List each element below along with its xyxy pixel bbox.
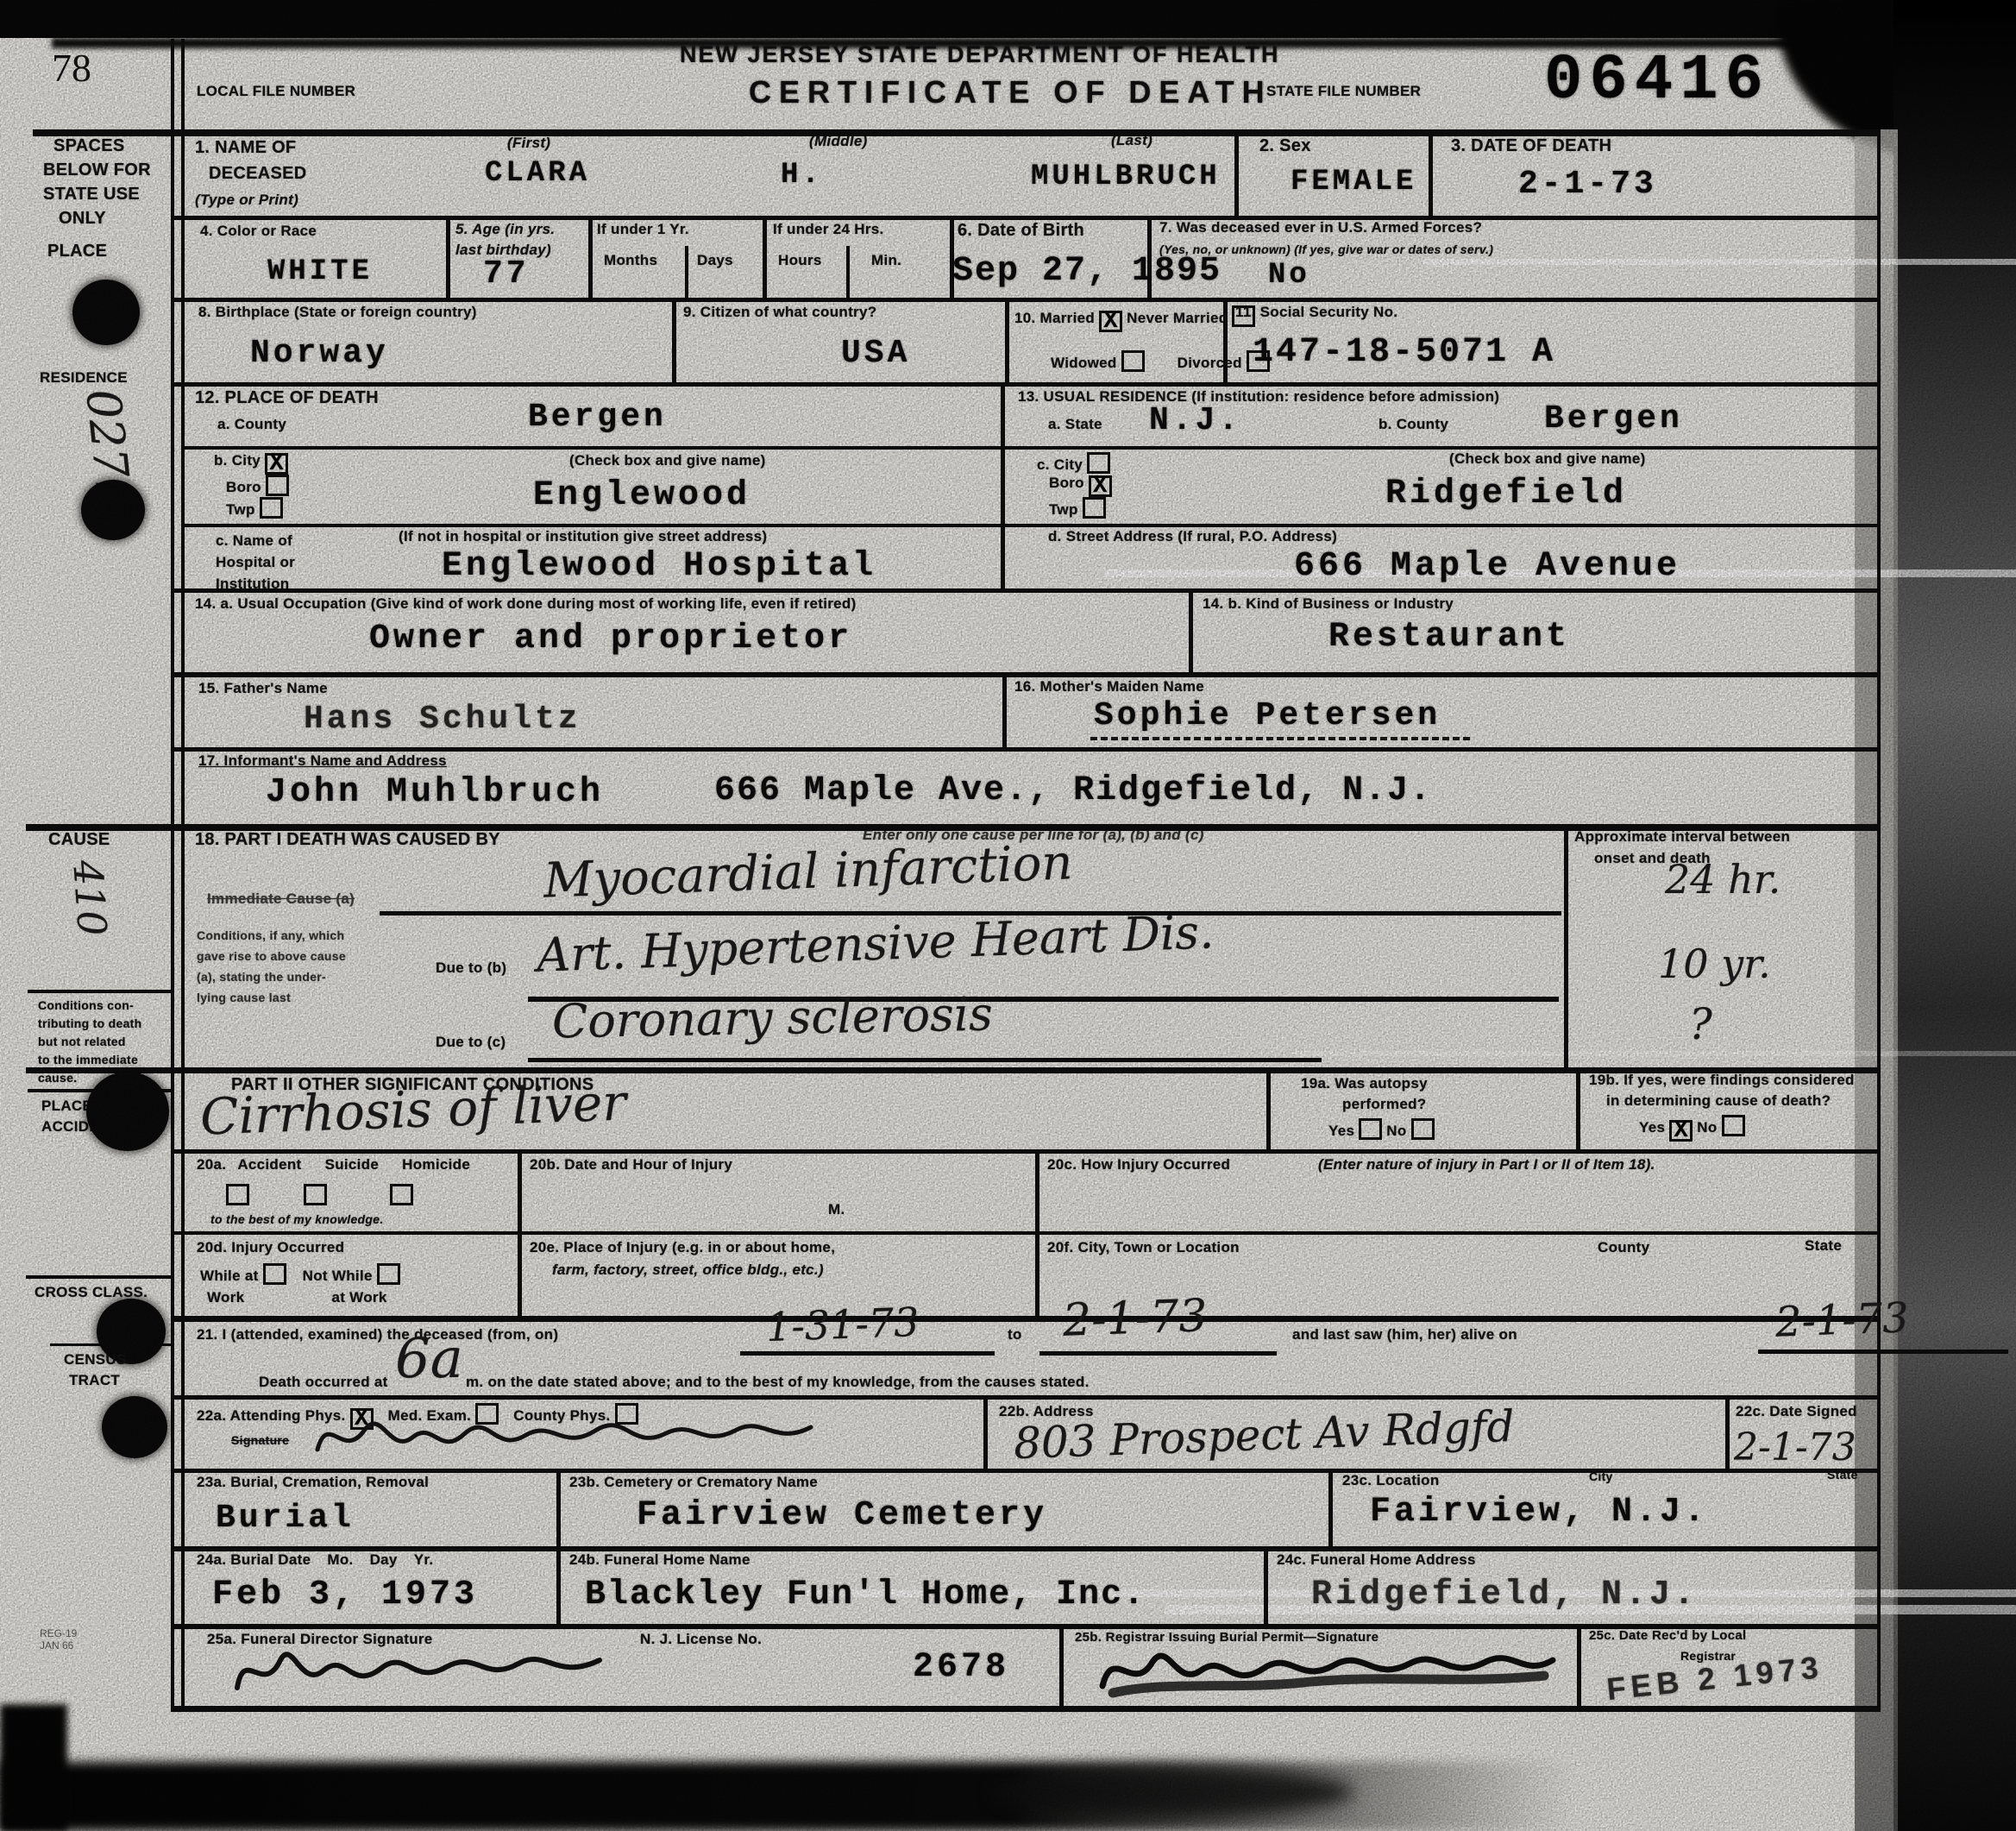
cemetery-value: Fairview Cemetery [637, 1496, 1047, 1535]
checkbox-widowed [1121, 350, 1145, 372]
cell-rule [1576, 1067, 1580, 1149]
injury-city-label: 20f. City, Town or Location [1047, 1239, 1240, 1255]
injury-m-label: M. [828, 1201, 845, 1218]
injury-state-label: State [1805, 1237, 1842, 1254]
checkbox-findings-yes: X [1669, 1120, 1693, 1142]
checkbox-res-city [1087, 452, 1110, 474]
rule [171, 1706, 1881, 1712]
res-state-value: N.J. [1149, 402, 1241, 439]
cell-rule [518, 1149, 522, 1231]
cell-rule [763, 216, 767, 298]
ink-blob [72, 280, 140, 345]
rule [185, 446, 1877, 450]
injury-work-row: Work at Work [207, 1289, 387, 1306]
birthplace-value: Norway [250, 335, 389, 372]
checkbox-married: X [1099, 311, 1122, 332]
manner-labels: 20a. Accident Suicide Homicide [197, 1156, 470, 1173]
res-county-value: Bergen [1544, 400, 1683, 437]
hours-label: Hours [778, 252, 822, 268]
date-of-death-label: 3. DATE OF DEATH [1451, 136, 1611, 155]
funeral-home-value: Blackley Fun'l Home, Inc. [585, 1576, 1146, 1614]
dept-header: NEW JERSEY STATE DEPARTMENT OF HEALTH [680, 41, 1280, 68]
date-received-label-l1: 25c. Date Rec'd by Local [1589, 1629, 1747, 1644]
father-name-value: Hans Schultz [304, 701, 581, 738]
checkbox-pod-city: X [265, 453, 288, 475]
cell-rule [1266, 1067, 1271, 1149]
cell-rule [1059, 1624, 1064, 1706]
autopsy-label-l2: performed? [1342, 1096, 1426, 1112]
margin-rule [181, 39, 185, 1706]
res-state-label: a. State [1048, 416, 1102, 432]
married-label: 10. Married [1014, 310, 1095, 326]
margin-spaces-l4: ONLY [59, 209, 106, 228]
autopsy-answer: Yes No [1328, 1118, 1435, 1140]
date-signed-label: 22c. Date Signed [1736, 1403, 1857, 1419]
checkbox-homicide [390, 1184, 413, 1205]
res-boro-label: Boro X [1049, 475, 1112, 497]
armed-forces-label-l2: (Yes, no, or unknown) (If yes, give war … [1159, 243, 1493, 257]
burial-date-label: 24a. Burial Date Mo. Day Yr. [197, 1551, 433, 1568]
cause-a-interval: 24 hr. [1665, 856, 1780, 903]
days-label: Days [697, 252, 733, 268]
margin-place-label: PLACE [47, 242, 107, 261]
checkbox-pod-twp [260, 497, 283, 519]
checkbox-while-at-work [263, 1263, 286, 1285]
attended-statement: 21. I (attended, examined) the deceased … [197, 1326, 558, 1343]
place-of-death-title: 12. PLACE OF DEATH [195, 388, 379, 407]
death-certificate-scan: 78 SPACES BELOW FOR STATE USE ONLY PLACE… [0, 0, 2016, 1831]
checkbox-res-boro: X [1089, 475, 1112, 497]
scan-edge-right [1894, 0, 2016, 1831]
margin-census-l2: TRACT [69, 1372, 120, 1388]
injury-county-label: County [1598, 1239, 1649, 1255]
license-label: N. J. License No. [640, 1631, 762, 1647]
informant-address-value: 666 Maple Ave., Ridgefield, N.J. [714, 771, 1432, 810]
injury-occurred-label: 20d. Injury Occurred [197, 1239, 344, 1255]
date-of-death-value: 2-1-73 [1518, 166, 1657, 203]
checkbox-findings-no [1722, 1115, 1745, 1136]
widowed-label: Widowed [1051, 355, 1117, 371]
months-label: Months [604, 252, 657, 268]
form-code: REG-19JAN 66 [40, 1627, 77, 1652]
margin-cause-label: CAUSE [48, 830, 110, 849]
margin-spaces-l3: STATE USE [43, 185, 140, 204]
armed-forces-label-l1: 7. Was deceased ever in U.S. Armed Force… [1159, 219, 1482, 236]
cell-rule [446, 216, 450, 298]
findings-answer: Yes X No [1639, 1115, 1745, 1142]
field1-label-l3: (Type or Print) [195, 192, 298, 208]
date-underline [1758, 1350, 2008, 1354]
location-state-label: State [1827, 1469, 1858, 1482]
cell-rule [518, 1231, 522, 1316]
rule [171, 1149, 1881, 1154]
death-hour-handwriting: 6a [395, 1327, 463, 1391]
injury-how-label: 20c. How Injury Occurred [1047, 1156, 1230, 1173]
date-underline [740, 1351, 995, 1356]
state-file-number-value: 06416 [1544, 45, 1770, 117]
rule [171, 747, 1881, 752]
cell-rule [1725, 1395, 1730, 1469]
manner-note: to the best of my knowledge. [210, 1213, 384, 1227]
cause-c-line [528, 1058, 1322, 1062]
first-name-value: CLARA [485, 157, 590, 190]
cause-c-interval: ? [1689, 999, 1712, 1049]
cell-rule [588, 216, 593, 298]
immediate-cause-label: Immediate Cause (a) [207, 890, 355, 907]
scan-edge-bottom [0, 1762, 1639, 1831]
rule [171, 1395, 1881, 1400]
cause-b-handwriting: Art. Hypertensive Heart Dis. [536, 904, 1215, 982]
res-municipality-value: Ridgefield [1385, 475, 1627, 513]
field1-label-l2: DECEASED [209, 164, 307, 183]
due-to-b-label: Due to (b) [436, 960, 506, 976]
cell-rule [1234, 129, 1239, 216]
dashed-underline [1090, 737, 1470, 740]
cell-rule [1035, 1149, 1039, 1231]
checkbox-suicide [304, 1184, 327, 1205]
scan-edge-top [0, 0, 2016, 38]
signature-label: Signature [231, 1434, 289, 1448]
informant-name-value: John Muhlbruch [266, 773, 604, 812]
ssn-value: 147-18-5071 A [1253, 333, 1555, 372]
cause-title: 18. PART I DEATH WAS CAUSED BY [195, 830, 500, 849]
injury-how-note: (Enter nature of injury in Part I or II … [1318, 1156, 1655, 1173]
pod-checkbox-note: (Check box and give name) [569, 452, 766, 469]
cell-rule [1005, 298, 1009, 382]
ink-blob [86, 1072, 169, 1151]
checkbox-accident [226, 1184, 249, 1205]
middle-name-value: H. [781, 159, 823, 192]
findings-label-l2: in determining cause of death? [1606, 1092, 1831, 1109]
armed-forces-value: No [1268, 259, 1310, 292]
race-label: 4. Color or Race [200, 223, 317, 239]
local-file-number-label: LOCAL FILE NUMBER [197, 83, 355, 99]
place-of-injury-l1: 20e. Place of Injury (e.g. in or about h… [530, 1239, 835, 1255]
field1-label-l1: 1. NAME OF [195, 138, 296, 157]
date-of-birth-value: Sep 27, 1895 [952, 252, 1222, 291]
certificate-title: CERTIFICATE OF DEATH [749, 74, 1272, 110]
cause-b-interval: 10 yr. [1658, 941, 1771, 987]
cell-rule [1001, 382, 1005, 588]
autopsy-label-l1: 19a. Was autopsy [1301, 1075, 1428, 1092]
ink-blob [81, 480, 145, 540]
margin-census-l1: CENSUS [64, 1351, 127, 1368]
cell-rule [556, 1469, 561, 1546]
location-label: 23c. Location [1342, 1472, 1440, 1488]
pod-twp-label: Twp [226, 497, 283, 519]
cell-rule [1264, 1546, 1268, 1624]
cell-rule [672, 298, 676, 382]
funeral-director-signature-script [229, 1636, 617, 1701]
never-married-label: Never Married [1127, 310, 1228, 326]
father-name-label: 15. Father's Name [198, 680, 328, 696]
interval-label-l1: Approximate interval between [1574, 828, 1790, 845]
margin-rule [171, 39, 174, 1706]
rule [171, 382, 1881, 387]
res-county-label: b. County [1379, 416, 1448, 432]
rule [171, 298, 1881, 302]
checkbox-autopsy-no [1411, 1118, 1435, 1140]
cell-rule [1577, 1624, 1581, 1706]
marital-row2: Widowed Divorced [1051, 350, 1270, 372]
pod-boro-label: Boro [226, 475, 289, 496]
res-street-label: d. Street Address (If rural, P.O. Addres… [1048, 528, 1337, 544]
cell-rule [685, 246, 688, 298]
cause-a-handwriting: Myocardial infarction [543, 834, 1073, 909]
pod-county-value: Bergen [528, 399, 667, 436]
divorced-label: Divorced [1178, 355, 1242, 371]
rule [171, 216, 1881, 220]
injury-date-label: 20b. Date and Hour of Injury [530, 1156, 732, 1173]
cell-rule [983, 1395, 988, 1469]
margin-rule [26, 1275, 171, 1279]
age-label-l1: 5. Age (in yrs. [455, 221, 555, 237]
scan-streak [1294, 1051, 2016, 1056]
attended-from-date: 1-31-73 [765, 1299, 920, 1350]
date-of-birth-label: 6. Date of Birth [958, 221, 1084, 240]
ink-blob [102, 1396, 167, 1458]
margin-residence-label: RESIDENCE [40, 369, 128, 386]
res-checkbox-note: (Check box and give name) [1449, 450, 1646, 467]
cause-c-handwriting: Coronary sclerosis [551, 987, 993, 1049]
page-corner-number: 78 [52, 45, 91, 91]
scan-smudge-bottom [992, 1767, 1354, 1817]
age-value: 77 [483, 255, 530, 293]
ssn-label: 11. Social Security No. [1235, 304, 1397, 320]
funeral-home-label: 24b. Funeral Home Name [569, 1551, 751, 1568]
date-underline [1039, 1351, 1277, 1356]
rule [33, 129, 1879, 136]
cell-rule [1564, 824, 1568, 1067]
pod-hospital-label: c. Name ofHospital orInstitution [216, 530, 295, 595]
last-alive-date: 2-1-73 [1774, 1293, 1909, 1346]
rule [171, 1316, 1881, 1322]
rule [171, 1469, 1881, 1473]
mother-name-value: Sophie Petersen [1094, 697, 1441, 734]
death-occurred-rest: m. on the date stated above; and to the … [466, 1374, 1090, 1390]
cause-conditions-note: Conditions, if any, whichgave rise to ab… [197, 925, 346, 1008]
cemetery-label: 23b. Cemetery or Crematory Name [569, 1474, 818, 1490]
funeral-home-address-label: 24c. Funeral Home Address [1277, 1551, 1476, 1568]
date-signed-handwriting: 2-1-73 [1734, 1425, 1856, 1469]
sex-label: 2. Sex [1259, 136, 1311, 155]
cell-rule [846, 246, 850, 298]
pod-hospital-note: (If not in hospital or institution give … [399, 528, 767, 544]
first-name-label: (First) [507, 135, 550, 151]
sex-value: FEMALE [1291, 166, 1416, 198]
checkbox-pod-boro [266, 475, 289, 496]
place-of-injury-l2: farm, factory, street, office bldg., etc… [552, 1262, 824, 1278]
under-24hrs-label: If under 24 Hrs. [773, 221, 884, 237]
rule [171, 1231, 1881, 1235]
cell-rule [1328, 1469, 1333, 1546]
death-occurred-label: Death occurred at [259, 1374, 388, 1390]
cell-rule [1002, 672, 1007, 747]
informant-label: 17. Informant's Name and Address [198, 752, 447, 769]
attended-to-date: 2-1-73 [1062, 1290, 1208, 1347]
registrar-signature-script [1096, 1636, 1561, 1703]
mother-name-label: 16. Mother's Maiden Name [1014, 678, 1204, 695]
state-file-number-label: STATE FILE NUMBER [1266, 83, 1421, 99]
burial-date-value: Feb 3, 1973 [212, 1576, 478, 1614]
cell-rule [1035, 1231, 1039, 1316]
margin-cause-code: 410 [64, 859, 116, 937]
checkbox-autopsy-yes [1359, 1118, 1382, 1140]
last-name-value: MUHLBRUCH [1031, 160, 1221, 193]
license-value: 2678 [913, 1648, 1009, 1687]
res-city-label: c. City [1037, 452, 1110, 474]
residence-title: 13. USUAL RESIDENCE (If institution: res… [1018, 388, 1499, 405]
cell-rule [1189, 588, 1193, 672]
injury-while-row: While at Not While [200, 1263, 400, 1285]
findings-label-l1: 19b. If yes, were findings considered [1589, 1072, 1855, 1088]
pod-county-label: a. County [217, 416, 286, 432]
attended-to-label: to [1008, 1326, 1022, 1343]
race-value: WHITE [267, 255, 373, 288]
pod-city-label: b. City X [214, 452, 288, 475]
res-twp-label: Twp [1049, 497, 1106, 519]
occupation-label: 14. a. Usual Occupation (Give kind of wo… [195, 595, 857, 612]
cell-rule [1429, 129, 1433, 216]
birthplace-label: 8. Birthplace (State or foreign country) [198, 304, 477, 320]
scan-streak [1423, 259, 2016, 265]
pod-municipality-value: Englewood [533, 476, 751, 515]
rule [171, 588, 1881, 593]
disposition-value: Burial [216, 1500, 355, 1537]
rule [185, 524, 1877, 527]
cell-rule [556, 1546, 561, 1624]
due-to-c-label: Due to (c) [436, 1034, 506, 1050]
checkbox-not-while-at-work [377, 1263, 400, 1285]
marital-row1: 10. Married X Never Married [1014, 305, 1255, 332]
rule [171, 672, 1881, 677]
industry-value: Restaurant [1328, 618, 1570, 657]
last-name-label: (Last) [1111, 132, 1152, 148]
physician-signature-script [311, 1405, 837, 1465]
middle-name-label: (Middle) [809, 133, 868, 149]
citizen-value: USA [841, 335, 910, 372]
occupation-value: Owner and proprietor [369, 620, 852, 658]
last-saw-label: and last saw (him, her) alive on [1292, 1326, 1517, 1343]
funeral-home-address-value: Ridgefield, N.J. [1311, 1576, 1698, 1614]
disposition-label: 23a. Burial, Cremation, Removal [197, 1474, 429, 1490]
industry-label: 14. b. Kind of Business or Industry [1203, 595, 1454, 612]
citizen-label: 9. Citizen of what country? [683, 304, 876, 320]
res-street-value: 666 Maple Avenue [1294, 547, 1680, 586]
pod-hospital-value: Englewood Hospital [442, 547, 876, 586]
margin-spaces-l2: BELOW FOR [43, 160, 151, 179]
location-city-label: City [1589, 1470, 1613, 1484]
under-1yr-label: If under 1 Yr. [597, 221, 689, 237]
margin-rule [28, 990, 171, 993]
margin-spaces-l1: SPACES [53, 136, 125, 155]
location-value: Fairview, N.J. [1370, 1493, 1708, 1532]
scan-edge-bottomleft [0, 1704, 67, 1831]
min-label: Min. [871, 252, 901, 268]
checkbox-res-twp [1083, 497, 1106, 519]
